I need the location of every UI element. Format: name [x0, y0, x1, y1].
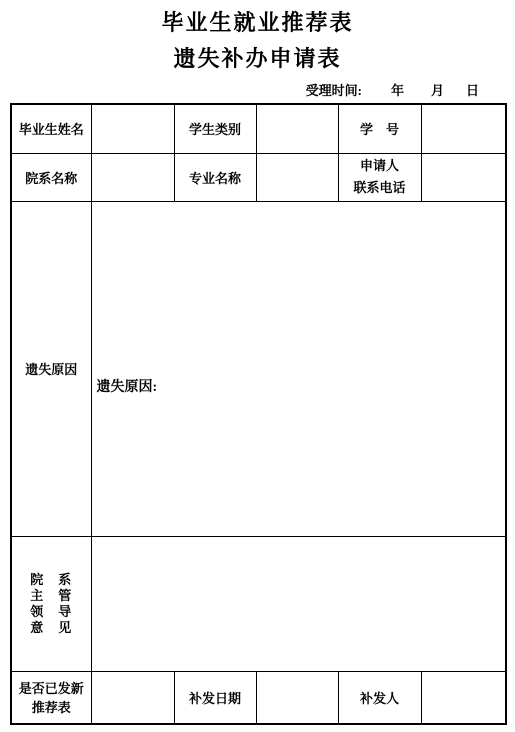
accept-time-day: 日	[466, 80, 479, 99]
label-applicant-phone-line2: 联系电话	[339, 177, 421, 199]
leader-opinion-cell: 签名（盖章）: 日期:	[91, 536, 506, 671]
page-title-line1: 毕业生就业推荐表	[0, 6, 515, 37]
value-major-name	[256, 153, 338, 201]
form-page: 毕业生就业推荐表 遗失补办申请表 受理时间: 年 月 日 毕业生姓名 学生类别 …	[0, 0, 515, 732]
loss-reason-heading: 遗失原因:	[97, 376, 158, 396]
leader-label-line3: 领 导	[12, 604, 91, 620]
table-row-leader-opinion: 院 系 主 管 领 导 意 见 签名（盖章）: 日期:	[11, 536, 506, 671]
accept-time-month: 月	[431, 80, 444, 99]
label-reissue-date: 补发日期	[174, 671, 256, 724]
leader-label-line1: 院 系	[12, 572, 91, 588]
label-major-name: 专业名称	[174, 153, 256, 201]
accept-time-line: 受理时间: 年 月 日	[0, 80, 479, 99]
value-graduate-name	[91, 104, 174, 153]
label-graduate-name: 毕业生姓名	[11, 104, 91, 153]
leader-label-line2: 主 管	[12, 588, 91, 604]
table-row-basic-info-1: 毕业生姓名 学生类别 学 号	[11, 104, 506, 153]
accept-time-label: 受理时间:	[306, 80, 362, 99]
value-new-form-issued	[91, 671, 174, 724]
leader-label-line4: 意 见	[12, 620, 91, 636]
label-student-id: 学 号	[338, 104, 421, 153]
label-new-form-issued: 是否已发新 推荐表	[11, 671, 91, 724]
value-department-name	[91, 153, 174, 201]
value-student-category	[256, 104, 338, 153]
application-form-table: 毕业生姓名 学生类别 学 号 院系名称 专业名称 申请人 联系电话 遗失原因	[10, 103, 507, 725]
label-student-category: 学生类别	[174, 104, 256, 153]
label-new-form-issued-line2: 推荐表	[12, 697, 91, 716]
accept-time-year: 年	[391, 80, 404, 99]
label-reissuer: 补发人	[338, 671, 421, 724]
table-row-reissue: 是否已发新 推荐表 补发日期 补发人	[11, 671, 506, 724]
label-new-form-issued-line1: 是否已发新	[12, 678, 91, 697]
label-loss-reason-section: 遗失原因	[11, 201, 91, 536]
label-department-name: 院系名称	[11, 153, 91, 201]
value-student-id	[421, 104, 506, 153]
loss-reason-cell: 遗失原因: 证明人（两名以上同班同学）: 本人如实填写上述内容，如有隐瞒、虚假的…	[91, 201, 506, 536]
label-leader-opinion-section: 院 系 主 管 领 导 意 见	[11, 536, 91, 671]
value-reissue-date	[256, 671, 338, 724]
table-row-basic-info-2: 院系名称 专业名称 申请人 联系电话	[11, 153, 506, 201]
label-applicant-phone: 申请人 联系电话	[338, 153, 421, 201]
value-applicant-phone	[421, 153, 506, 201]
value-reissuer	[421, 671, 506, 724]
table-row-loss-reason: 遗失原因 遗失原因: 证明人（两名以上同班同学）: 本人如实填写上述内容，如有隐…	[11, 201, 506, 536]
page-title-line2: 遗失补办申请表	[0, 42, 515, 73]
label-applicant-phone-line1: 申请人	[339, 155, 421, 177]
